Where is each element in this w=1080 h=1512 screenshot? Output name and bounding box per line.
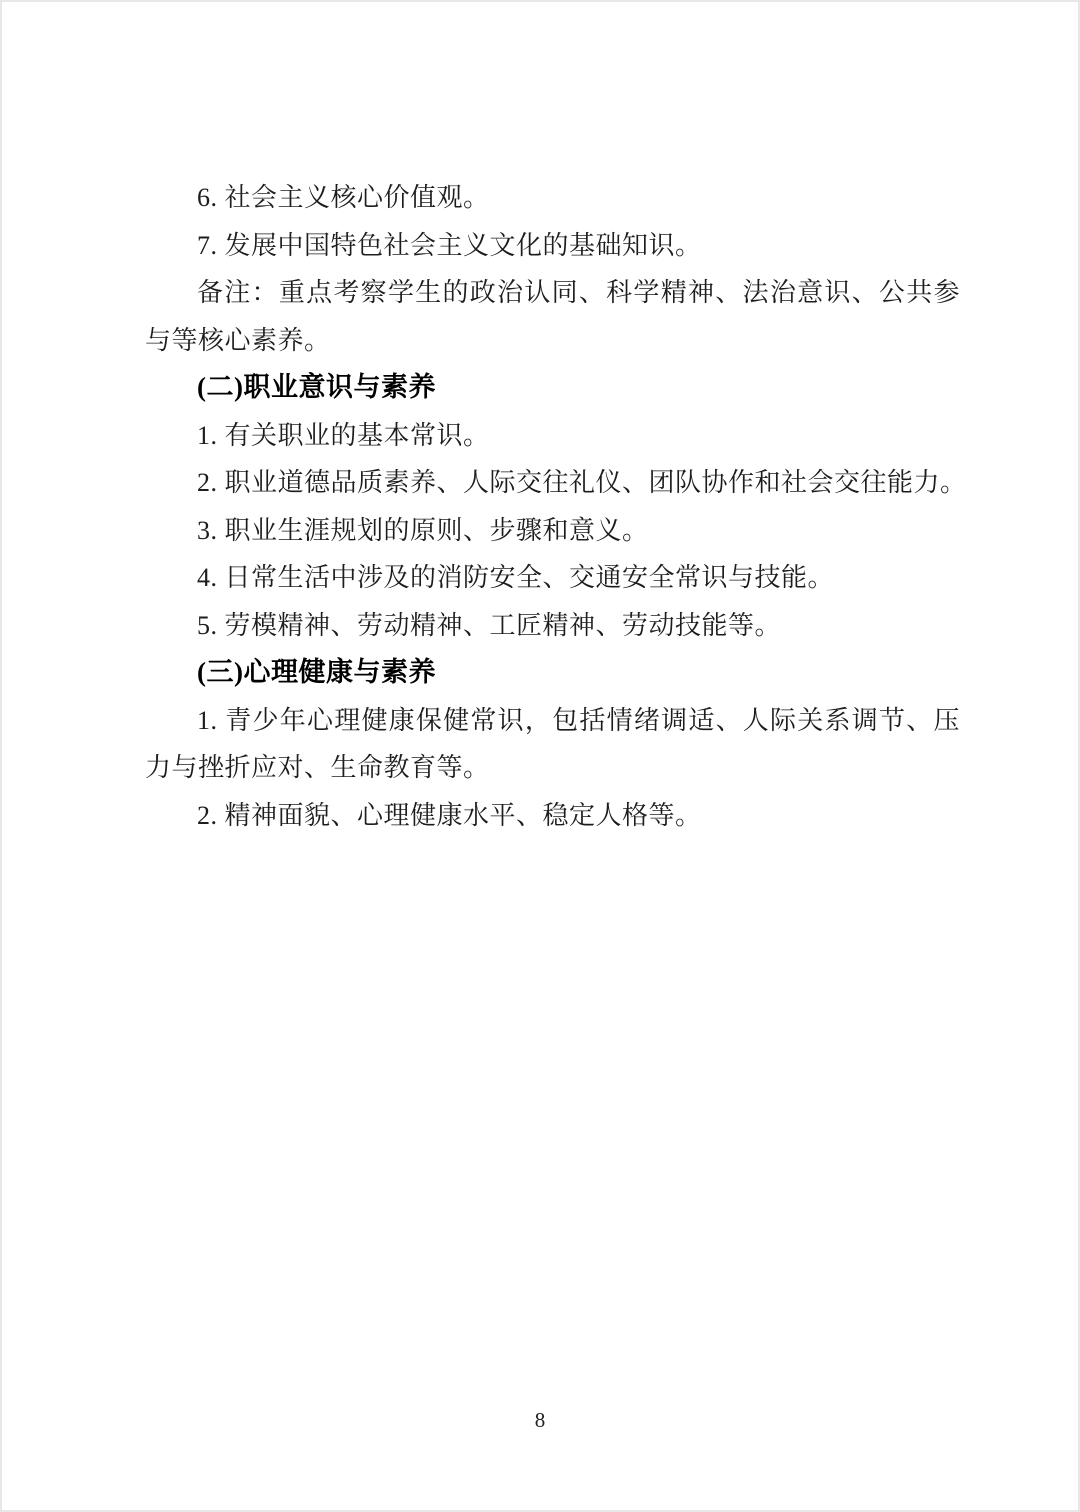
list-item-line: 2. 精神面貌、心理健康水平、稳定人格等。 bbox=[145, 792, 960, 840]
body-line-continuation: 力与挫折应对、生命教育等。 bbox=[145, 744, 960, 792]
list-item-line: 3. 职业生涯规划的原则、步骤和意义。 bbox=[145, 507, 960, 555]
page-number: 8 bbox=[0, 1408, 1080, 1433]
body-line: 1. 青少年心理健康保健常识，包括情绪调适、人际关系调节、压 bbox=[145, 697, 960, 745]
section-heading-occupational: (二)职业意识与素养 bbox=[145, 364, 960, 412]
list-item-line: 2. 职业道德品质素养、人际交往礼仪、团队协作和社会交往能力。 bbox=[145, 459, 960, 507]
list-item-line: 4. 日常生活中涉及的消防安全、交通安全常识与技能。 bbox=[145, 554, 960, 602]
list-item-line: 6. 社会主义核心价值观。 bbox=[145, 174, 960, 222]
list-item-line: 7. 发展中国特色社会主义文化的基础知识。 bbox=[145, 222, 960, 270]
document-page: 6. 社会主义核心价值观。 7. 发展中国特色社会主义文化的基础知识。 备注：重… bbox=[0, 0, 1080, 1512]
list-item-line: 1. 有关职业的基本常识。 bbox=[145, 412, 960, 460]
document-body: 6. 社会主义核心价值观。 7. 发展中国特色社会主义文化的基础知识。 备注：重… bbox=[145, 174, 960, 839]
note-line-continuation: 与等核心素养。 bbox=[145, 317, 960, 365]
list-item-line: 5. 劳模精神、劳动精神、工匠精神、劳动技能等。 bbox=[145, 602, 960, 650]
note-line: 备注：重点考察学生的政治认同、科学精神、法治意识、公共参 bbox=[145, 269, 960, 317]
section-heading-mental-health: (三)心理健康与素养 bbox=[145, 649, 960, 697]
